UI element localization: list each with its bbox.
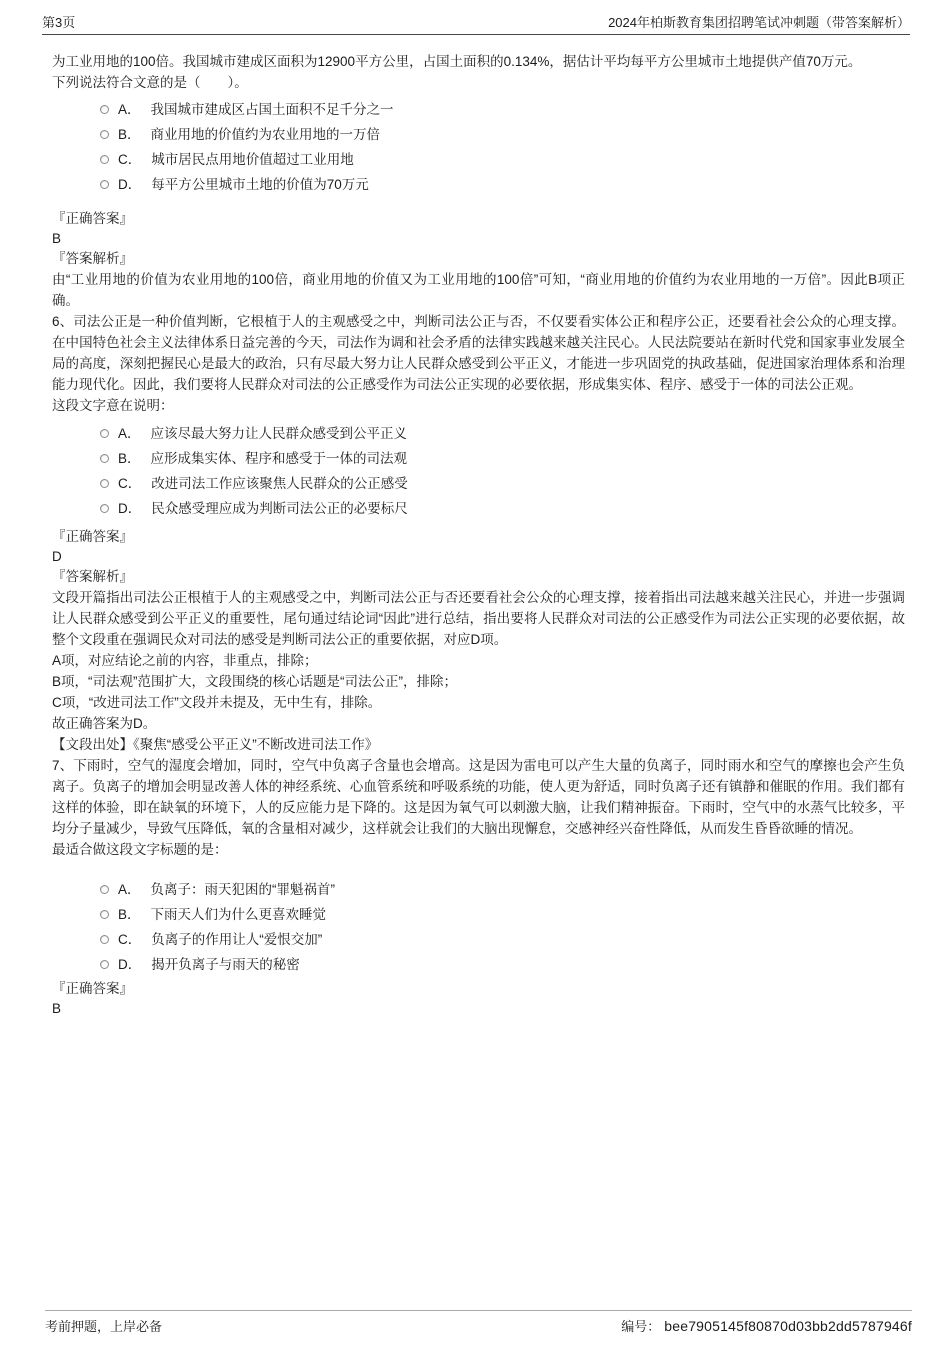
option-text: 下雨天人们为什么更喜欢睡觉 [151,904,327,925]
option-key: B． [118,124,141,145]
option-key: A． [118,99,141,120]
option-text: 改进司法工作应该聚焦人民群众的公正感受 [151,473,408,494]
q6-option-b[interactable]: B． 应形成集实体、程序和感受于一体的司法观 [52,446,905,471]
option-key: B． [118,904,141,925]
q6-source-note: 【文段出处】《聚焦“感受公平正义”不断改进司法工作》 [52,734,905,755]
option-text: 负离子的作用让人“爱恨交加” [151,929,322,950]
q6-analysis-text: 文段开篇指出司法公正根植于人的主观感受之中，判断司法公正与否还要看社会公众的心理… [52,587,905,650]
q5-option-b[interactable]: B． 商业用地的价值约为农业用地的一万倍 [52,122,905,147]
document-title: 2024年柏斯教育集团招聘笔试冲刺题（带答案解析） [608,15,910,31]
option-text: 负离子：雨天犯困的“罪魁祸首” [151,879,336,900]
q7-correct-answer-value: B [52,999,905,1019]
radio-icon[interactable] [100,960,109,969]
q6-analysis-option-b: B项，“司法观”范围扩大，文段围绕的核心话题是“司法公正”，排除； [52,671,905,692]
q6-analysis-label: 『答案解析』 [52,567,905,587]
serial-label: 编号： [621,1316,660,1335]
radio-icon[interactable] [100,504,109,513]
radio-icon[interactable] [100,910,109,919]
q6-analysis-option-c: C项，“改进司法工作”文段并未提及，无中生有，排除。 [52,692,905,713]
q5-option-a[interactable]: A． 我国城市建成区占国土面积不足千分之一 [52,97,905,122]
option-key: A． [118,879,141,900]
q7-options: A． 负离子：雨天犯困的“罪魁祸首” B． 下雨天人们为什么更喜欢睡觉 C． 负… [52,877,905,977]
radio-icon[interactable] [100,429,109,438]
q5-analysis-label: 『答案解析』 [52,249,905,269]
option-key: C． [118,473,141,494]
radio-icon[interactable] [100,155,109,164]
q7-option-a[interactable]: A． 负离子：雨天犯困的“罪魁祸首” [52,877,905,902]
q7-option-d[interactable]: D． 揭开负离子与雨天的秘密 [52,952,905,977]
q6-analysis-conclusion: 故正确答案为D。 [52,713,905,734]
page-footer: 考前押题，上岸必备 编号： bee7905145f80870d03bb2dd57… [45,1310,912,1335]
q5-analysis-text: 由“工业用地的价值为农业用地的100倍，商业用地的价值又为工业用地的100倍”可… [52,269,905,311]
option-key: C． [118,929,141,950]
radio-icon[interactable] [100,479,109,488]
option-key: B． [118,448,141,469]
option-text: 每平方公里城市土地的价值为70万元 [151,174,369,195]
q6-correct-answer-value: D [52,547,905,567]
q7-correct-answer-label: 『正确答案』 [52,979,905,999]
q5-option-c[interactable]: C． 城市居民点用地价值超过工业用地 [52,147,905,172]
radio-icon[interactable] [100,180,109,189]
option-text: 商业用地的价值约为农业用地的一万倍 [151,124,381,145]
footer-serial: 编号： bee7905145f80870d03bb2dd5787946f [621,1316,912,1335]
q6-option-d[interactable]: D． 民众感受理应成为判断司法公正的必要标尺 [52,496,905,521]
page-number: 第3页 [42,15,75,31]
q5-stem-line1: 为工业用地的100倍。我国城市建成区面积为12900平方公里，占国土面积的0.1… [52,51,905,72]
option-text: 应形成集实体、程序和感受于一体的司法观 [151,448,408,469]
option-key: D． [118,954,141,975]
radio-icon[interactable] [100,454,109,463]
q6-option-a[interactable]: A． 应该尽最大努力让人民群众感受到公平正义 [52,421,905,446]
q6-prompt: 这段文字意在说明： [52,395,905,416]
document-body: 为工业用地的100倍。我国城市建成区面积为12900平方公里，占国土面积的0.1… [52,51,905,1019]
option-key: D． [118,498,141,519]
radio-icon[interactable] [100,130,109,139]
q5-option-d[interactable]: D． 每平方公里城市土地的价值为70万元 [52,172,905,197]
q6-option-c[interactable]: C． 改进司法工作应该聚焦人民群众的公正感受 [52,471,905,496]
serial-code: bee7905145f80870d03bb2dd5787946f [664,1318,912,1334]
q5-correct-answer-value: B [52,229,905,249]
q7-prompt: 最适合做这段文字标题的是： [52,839,905,860]
q7-option-b[interactable]: B． 下雨天人们为什么更喜欢睡觉 [52,902,905,927]
page-header: 第3页 2024年柏斯教育集团招聘笔试冲刺题（带答案解析） [42,15,910,35]
option-text: 民众感受理应成为判断司法公正的必要标尺 [151,498,408,519]
option-text: 揭开负离子与雨天的秘密 [151,954,300,975]
q6-analysis-option-a: A项，对应结论之前的内容，非重点，排除； [52,650,905,671]
footer-slogan: 考前押题，上岸必备 [45,1316,162,1335]
q6-correct-answer-label: 『正确答案』 [52,527,905,547]
radio-icon[interactable] [100,105,109,114]
document-page: 第3页 2024年柏斯教育集团招聘笔试冲刺题（带答案解析） 为工业用地的100倍… [0,0,950,1345]
q5-stem-line2: 下列说法符合文意的是（ ）。 [52,72,905,93]
q5-correct-answer-label: 『正确答案』 [52,209,905,229]
option-key: A． [118,423,141,444]
radio-icon[interactable] [100,885,109,894]
option-text: 城市居民点用地价值超过工业用地 [151,149,354,170]
q6-options: A． 应该尽最大努力让人民群众感受到公平正义 B． 应形成集实体、程序和感受于一… [52,421,905,521]
option-text: 我国城市建成区占国土面积不足千分之一 [151,99,394,120]
q7-option-c[interactable]: C． 负离子的作用让人“爱恨交加” [52,927,905,952]
option-key: C． [118,149,141,170]
q7-stem: 7、下雨时，空气的湿度会增加，同时，空气中负离子含量也会增高。这是因为雷电可以产… [52,755,905,839]
q5-options: A． 我国城市建成区占国土面积不足千分之一 B． 商业用地的价值约为农业用地的一… [52,97,905,197]
option-key: D． [118,174,141,195]
radio-icon[interactable] [100,935,109,944]
q6-stem: 6、司法公正是一种价值判断，它根植于人的主观感受之中，判断司法公正与否，不仅要看… [52,311,905,395]
option-text: 应该尽最大努力让人民群众感受到公平正义 [151,423,408,444]
